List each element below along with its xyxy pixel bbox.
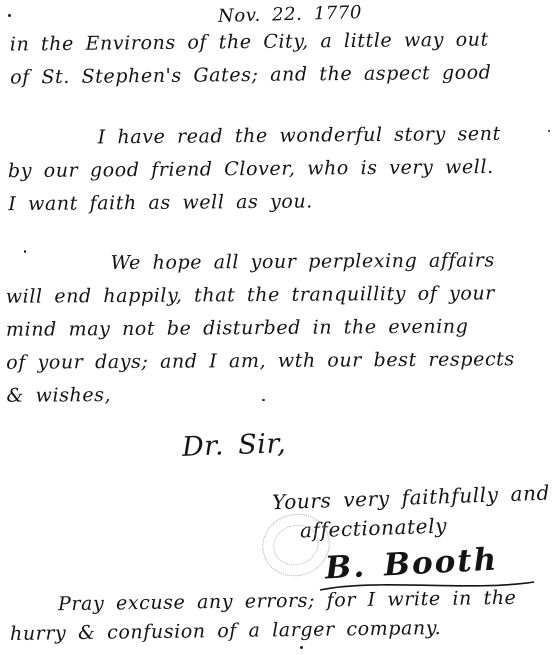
postscript-line-2: hurry & confusion of a larger company. [10,617,442,645]
letter-line: of your days; and I am, wth our best res… [6,343,515,380]
scan-noise-speck [548,130,550,132]
paragraph-wishes: We hope all your perplexing affairs will… [5,244,515,413]
scan-noise-speck [8,14,11,17]
paragraph-location: in the Environs of the City, a little wa… [10,23,492,94]
letter-line: & wishes, [6,376,515,413]
letter-scan-page: Nov. 22. 1770 in the Environs of the Cit… [0,0,560,655]
scan-noise-speck [300,646,303,649]
salutation: Dr. Sir, [181,428,286,463]
library-stamp-inner-ring [268,519,324,571]
scan-noise-speck [262,399,265,401]
paragraph-story: I have read the wonderful story sent by … [8,118,502,221]
letter-line: by our good friend Clover, who is very w… [8,151,501,188]
letter-line: We hope all your perplexing affairs [5,244,514,281]
letter-line: I want faith as well as you. [8,184,501,221]
letter-line: in the Environs of the City, a little wa… [10,23,492,61]
letter-line: of St. Stephen's Gates; and the aspect g… [10,56,492,94]
letter-date: Nov. 22. 1770 [218,2,363,27]
postscript-line-1: Pray excuse any errors; for I write in t… [58,587,517,615]
closing-line-1: Yours very faithfully and [240,481,551,516]
scan-noise-speck [24,250,26,253]
letter-line: mind may not be disturbed in the evening [6,310,515,347]
letter-line: I have read the wonderful story sent [8,118,501,155]
letter-line: will end happily, that the tranquillity … [6,277,515,314]
